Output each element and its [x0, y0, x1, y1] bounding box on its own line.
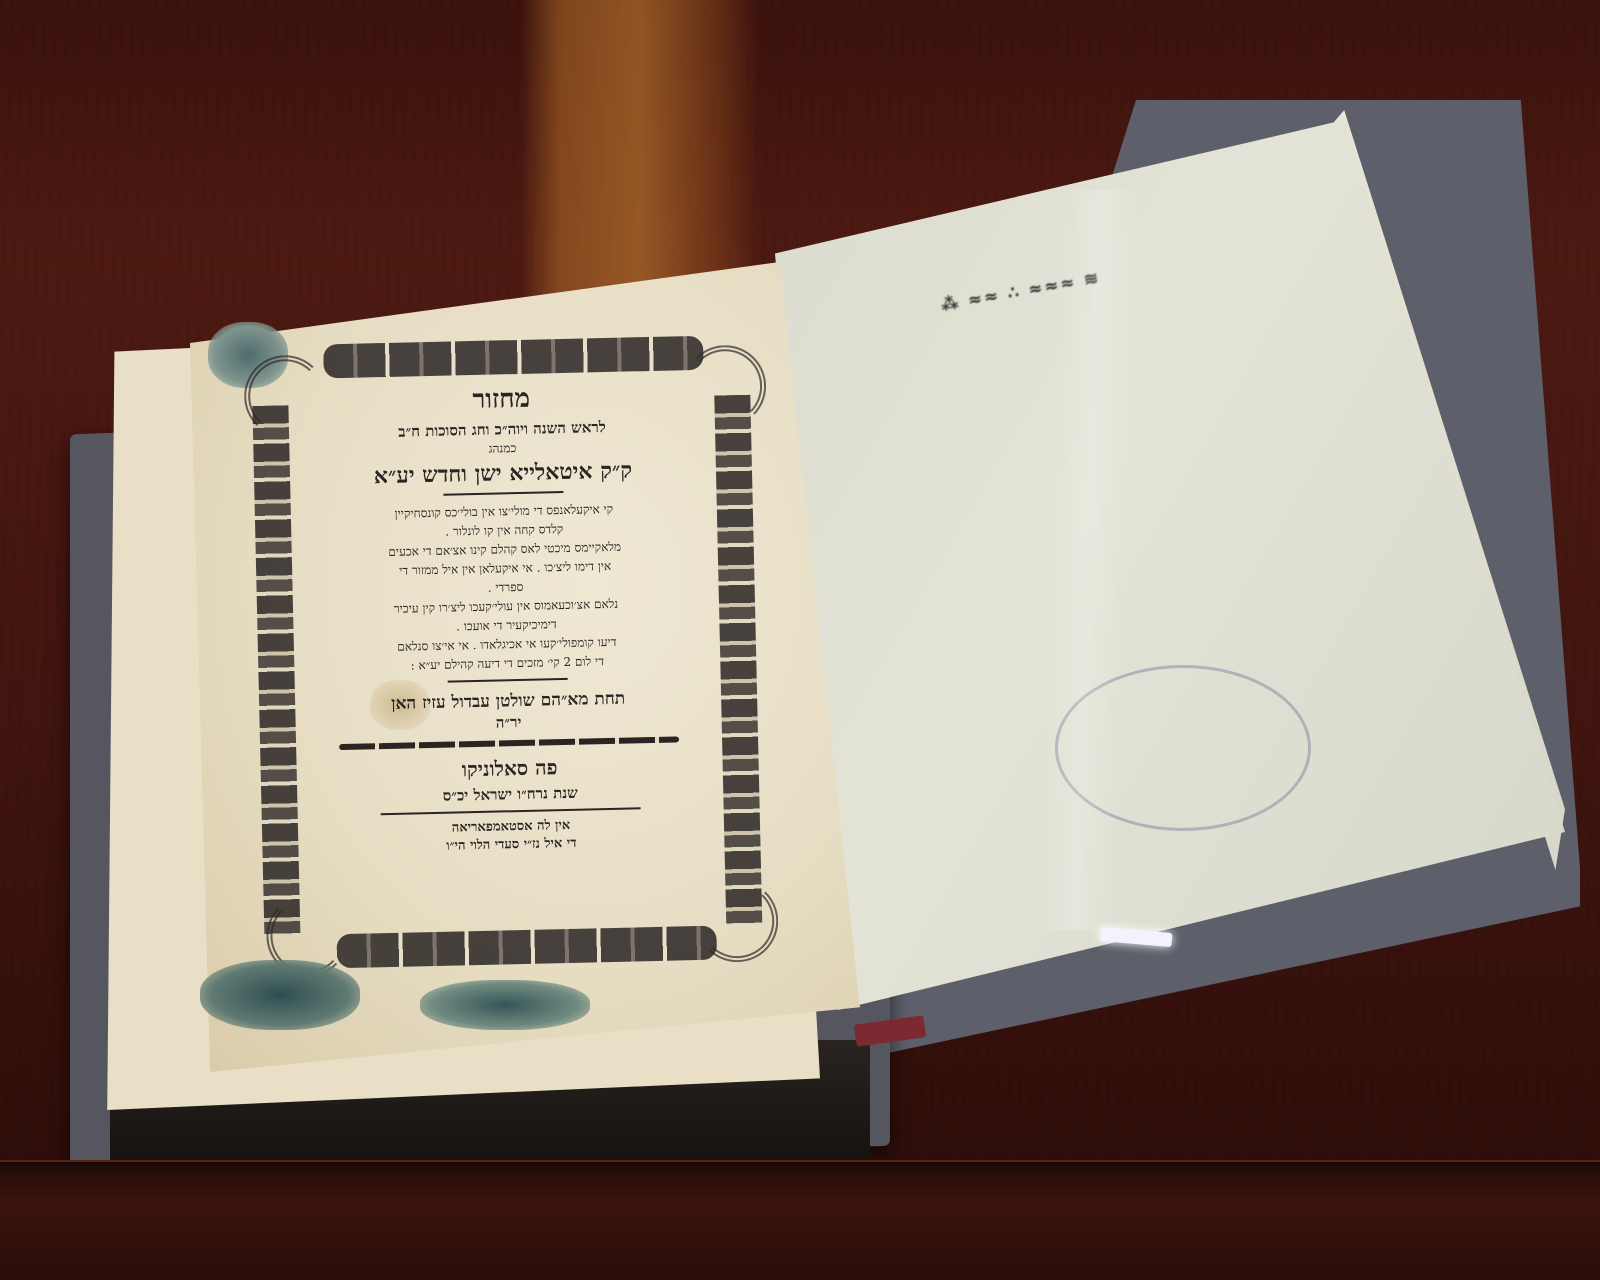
border-ornament-top — [323, 336, 704, 379]
border-ornament-left — [252, 405, 300, 936]
community-name: ק״ק איטאלייא ישן וחדש יע״א — [298, 456, 708, 491]
book-title: מחזור — [296, 380, 707, 419]
photo-scene: ⁂ ≈≈ ∴ ≈≈≈ ≋ מחזור לראש השנה ויוה״כ וחג … — [0, 0, 1600, 1280]
ornamental-frame: מחזור לראש השנה ויוה״כ וחג הסוכות ח״ב כמ… — [243, 324, 797, 976]
water-stain-bottom-left — [200, 960, 360, 1030]
ladino-description: קי איקעלאנפס די מולי׳צו אין בולי׳כס קונס… — [307, 498, 705, 678]
title-page-text: מחזור לראש השנה ויוה״כ וחג הסוכות ח״ב כמ… — [296, 376, 717, 859]
border-ornament-bottom — [336, 926, 717, 969]
place-of-printing: פה סאלוניקו — [304, 752, 714, 786]
divider — [448, 678, 568, 683]
divider — [443, 491, 563, 496]
display-shelf — [0, 1160, 1600, 1280]
year-chronogram: שנת נרח״ו ישראל יכ״ס — [305, 781, 715, 809]
water-stain-bottom-center — [420, 980, 590, 1030]
divider — [381, 807, 641, 815]
border-ornament-right — [714, 395, 762, 926]
corner-flourish-icon — [695, 879, 779, 963]
ornamental-divider — [339, 736, 679, 750]
